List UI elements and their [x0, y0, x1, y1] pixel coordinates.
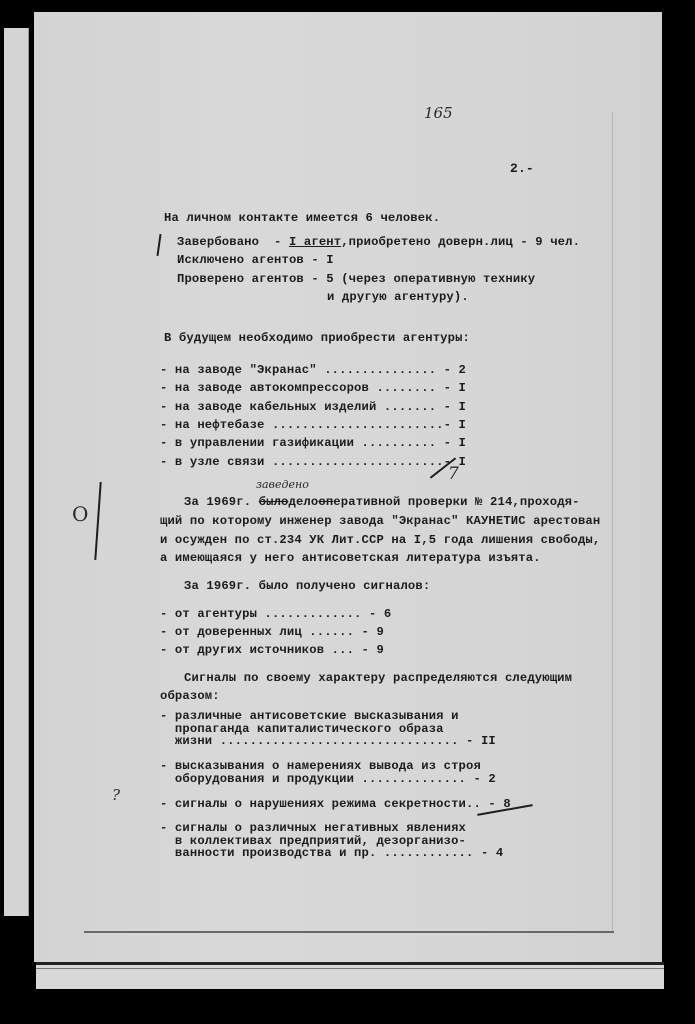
archive-page-number: 165 [424, 104, 453, 122]
list-item: - на заводе автокомпрессоров ........ - … [160, 382, 466, 394]
future-heading: В будущем необходимо приобрести агентуры… [164, 332, 470, 344]
handwritten-insert: заведено [256, 478, 309, 491]
list-item-line: - сигналы о нарушениях режима секретност… [160, 798, 511, 810]
adjacent-page-strip [4, 28, 29, 916]
case-line-1-mid: дело [289, 495, 319, 509]
recruited-prefix: Завербовано - [177, 235, 289, 249]
list-item-line: - высказывания о намерениях вывода из ст… [160, 760, 481, 772]
excluded-line: Исключено агентов - I [177, 254, 334, 266]
list-item: - в узле связи .......................- … [160, 456, 466, 468]
list-item-line: - различные антисоветские высказывания и [160, 710, 459, 722]
recruited-underlined: I агент [289, 235, 341, 249]
list-item-line: пропаганда капиталистического образа [160, 723, 444, 735]
character-heading-line-1: Сигналы по своему характеру распределяют… [184, 672, 572, 684]
margin-bracket-mark [156, 234, 161, 256]
document-page: 165 2.- На личном контакте имеется 6 чел… [34, 12, 662, 962]
recruited-suffix: ,приобретено доверн.лиц - 9 чел. [341, 235, 580, 249]
case-line-4: а имеющаяся у него антисоветская литерат… [160, 552, 541, 564]
case-line-2: щий по которому инженер завода "Экранас"… [160, 515, 600, 527]
list-item-line: в коллективах предприятий, дезорганизо- [160, 835, 466, 847]
list-item-line: оборудования и продукции .............. … [160, 773, 496, 785]
case-line-1: За 1969г. былоделооперативной проверки №… [184, 496, 580, 508]
list-item: - на нефтебазе .......................- … [160, 419, 466, 431]
signals-heading: За 1969г. было получено сигналов: [184, 580, 430, 592]
struck-word: было [259, 495, 289, 509]
list-item: - на заводе "Экранас" ............... - … [160, 364, 466, 376]
margin-vertical-line [94, 482, 101, 560]
case-line-1-suffix: еративной проверки № 214,проходя- [333, 495, 579, 509]
next-page-edge [36, 962, 664, 989]
list-item-line: жизни ................................ -… [160, 735, 496, 747]
case-line-1-prefix: За 1969г. [184, 495, 259, 509]
recruited-line: Завербовано - I агент,приобретено доверн… [177, 236, 580, 248]
list-item: - в управлении газификации .......... - … [160, 437, 466, 449]
page-edge-shadow [612, 112, 613, 932]
intro-line: На личном контакте имеется 6 человек. [164, 212, 440, 224]
handwritten-total: 7 [448, 464, 459, 484]
struck-fragment: оп [318, 495, 333, 509]
page-number: 2.- [510, 162, 534, 175]
list-item-line: - сигналы о различных негативных явления… [160, 822, 466, 834]
margin-circle-mark: О [72, 502, 88, 526]
list-item-line: ванности производства и пр. ............… [160, 847, 503, 859]
list-item: - от агентуры ............. - 6 [160, 608, 391, 620]
character-heading-line-2: образом: [160, 690, 220, 702]
list-item: - на заводе кабельных изделий ....... - … [160, 401, 466, 413]
checked-line-2: и другую агентуру). [327, 291, 469, 303]
checked-line-1: Проверено агентов - 5 (через оперативную… [177, 273, 535, 285]
list-item: - от других источников ... - 9 [160, 644, 384, 656]
list-item: - от доверенных лиц ...... - 9 [160, 626, 384, 638]
margin-question-mark: ? [112, 786, 120, 804]
page-bottom-edge [84, 931, 614, 933]
case-line-3: и осужден по ст.234 УК Лит.ССР на I,5 го… [160, 534, 600, 546]
